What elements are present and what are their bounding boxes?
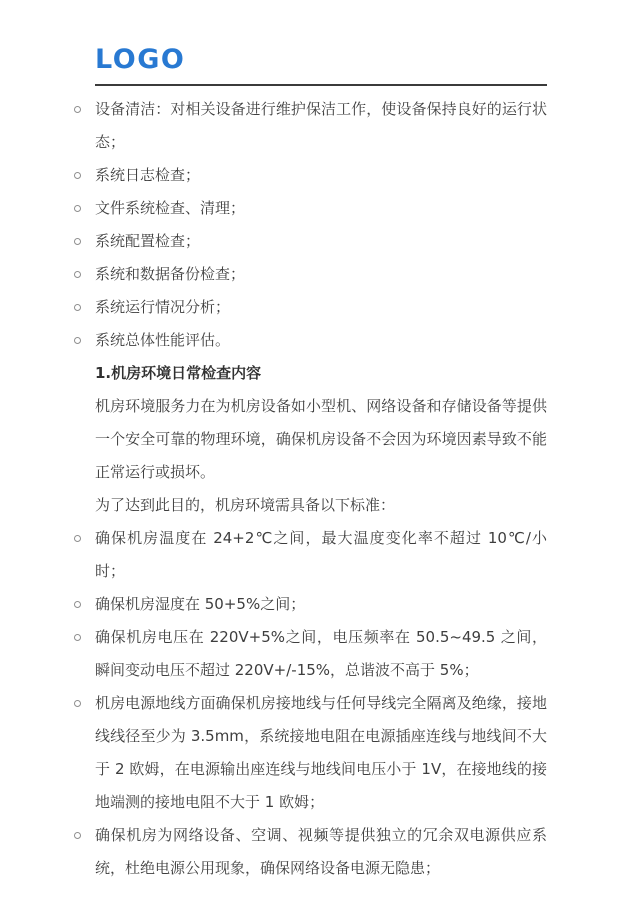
list-item-text: 系统日志检查；	[95, 166, 200, 184]
list-item-text: 系统和数据备份检查；	[95, 265, 245, 283]
circle-bullet-icon	[74, 700, 81, 707]
list-item: 系统运行情况分析；	[95, 291, 547, 324]
circle-bullet-icon	[74, 304, 81, 311]
purpose-paragraph: 为了达到此目的，机房环境需具备以下标准：	[95, 489, 547, 522]
list-item-text: 确保机房湿度在 50+5%之间；	[95, 595, 305, 613]
list-item-text: 确保机房温度在 24+2℃之间，最大温度变化率不超过 10℃/小时；	[95, 529, 547, 580]
circle-bullet-icon	[74, 601, 81, 608]
circle-bullet-icon	[74, 205, 81, 212]
list-item: 确保机房电压在 220V+5%之间，电压频率在 50.5~49.5 之间，瞬间变…	[95, 621, 547, 687]
circle-bullet-icon	[74, 271, 81, 278]
list-item-text: 机房电源地线方面确保机房接地线与任何导线完全隔离及绝缘，接地线线径至少为 3.5…	[95, 694, 547, 811]
list-item-text: 文件系统检查、清理；	[95, 199, 245, 217]
list-item: 系统和数据备份检查；	[95, 258, 547, 291]
intro-paragraph: 机房环境服务力在为机房设备如小型机、网络设备和存储设备等提供一个安全可靠的物理环…	[95, 390, 547, 489]
list-item: 系统配置检查；	[95, 225, 547, 258]
list-item: 系统总体性能评估。	[95, 324, 547, 357]
circle-bullet-icon	[74, 106, 81, 113]
list-item: 设备清洁：对相关设备进行维护保洁工作，使设备保持良好的运行状态；	[95, 93, 547, 159]
section-heading: 1.机房环境日常检查内容	[95, 357, 547, 390]
list-item-text: 系统总体性能评估。	[95, 331, 230, 349]
circle-bullet-icon	[74, 535, 81, 542]
list-item: 文件系统检查、清理；	[95, 192, 547, 225]
page-header: LOGO	[95, 0, 547, 86]
list-item: 确保机房温度在 24+2℃之间，最大温度变化率不超过 10℃/小时；	[95, 522, 547, 588]
page-number: 15	[0, 830, 640, 842]
list-item-text: 系统配置检查；	[95, 232, 200, 250]
list-item: 机房电源地线方面确保机房接地线与任何导线完全隔离及绝缘，接地线线径至少为 3.5…	[95, 687, 547, 819]
page-content: LOGO 设备清洁：对相关设备进行维护保洁工作，使设备保持良好的运行状态； 系统…	[95, 0, 547, 885]
list-item: 确保机房为网络设备、空调、视频等提供独立的冗余双电源供应系统，杜绝电源公用现象，…	[95, 819, 547, 885]
circle-bullet-icon	[74, 172, 81, 179]
list-item-text: 确保机房电压在 220V+5%之间，电压频率在 50.5~49.5 之间，瞬间变…	[95, 628, 547, 679]
document-page: LOGO 设备清洁：对相关设备进行维护保洁工作，使设备保持良好的运行状态； 系统…	[0, 0, 640, 906]
list-item: 确保机房湿度在 50+5%之间；	[95, 588, 547, 621]
list-item: 系统日志检查；	[95, 159, 547, 192]
circle-bullet-icon	[74, 238, 81, 245]
list-item-text: 系统运行情况分析；	[95, 298, 230, 316]
list-item-text: 设备清洁：对相关设备进行维护保洁工作，使设备保持良好的运行状态；	[95, 100, 547, 151]
logo: LOGO	[95, 46, 547, 73]
document-body: 设备清洁：对相关设备进行维护保洁工作，使设备保持良好的运行状态； 系统日志检查；…	[95, 93, 547, 885]
circle-bullet-icon	[74, 337, 81, 344]
circle-bullet-icon	[74, 634, 81, 641]
